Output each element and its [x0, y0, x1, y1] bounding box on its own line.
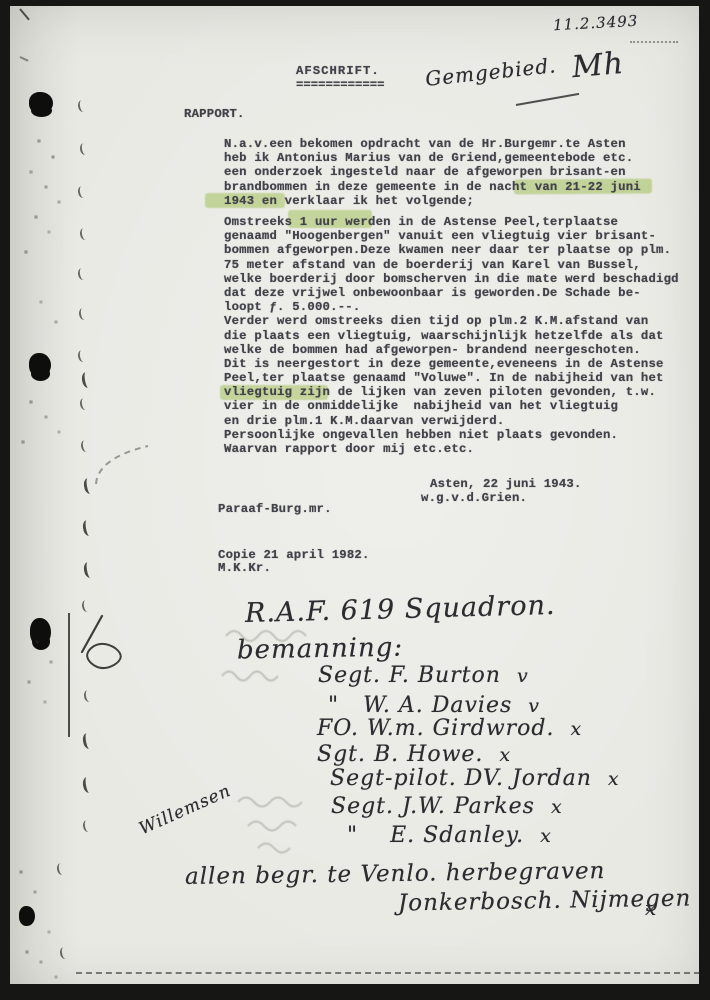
vertical-margin-line — [68, 613, 70, 737]
copy-initials: M.K.Kr. — [218, 561, 271, 575]
text-line: vliegtuig zijn de lijken van zeven pilot… — [224, 385, 679, 399]
text-line: Omstreeks 1 uur werden in de Astense Pee… — [224, 215, 679, 229]
text-line: bommen afgeworpen.Deze kwamen neer daar … — [224, 243, 679, 257]
crew-member-mark: x — [551, 796, 563, 818]
punch-hole — [30, 618, 51, 646]
text-line: welke boerderij door bomscherven in die … — [224, 272, 679, 286]
ghost-writing — [228, 786, 358, 860]
heading-underline: ============ — [296, 78, 385, 92]
text-line: Waarvan rapport door mij etc.etc. — [224, 442, 679, 456]
punch-hole — [29, 92, 53, 114]
document-heading: AFSCHRIFT. — [296, 64, 380, 78]
crew-member-mark: v — [528, 695, 540, 717]
scan-edge-right — [699, 0, 710, 1000]
burial-note-mark: x — [645, 896, 657, 920]
crew-member-name: Sgt. B. Howe. — [317, 742, 483, 767]
margin-scribble — [72, 612, 124, 672]
ghost-writing — [218, 662, 293, 684]
text-line: 75 meter afstand van de boerderij van Ka… — [224, 258, 679, 272]
crew-member-row: Sgt. B. Howe.x — [317, 742, 511, 767]
crew-member-name: " E. Sdanley. — [347, 823, 524, 848]
crew-member-row: " E. Sdanley.x — [347, 823, 552, 848]
text-line: Persoonlijke ongevallen hebben niet plaa… — [224, 428, 679, 442]
scan-edge-top — [0, 0, 710, 6]
crew-member-name: " W. A. Davies — [328, 693, 512, 718]
crew-member-name: FO. W.m. Girdwrod. — [317, 716, 554, 741]
pencil-curve — [88, 438, 154, 490]
text-line: vier in de onmiddelijke nabijheid van he… — [224, 399, 679, 413]
crew-member-mark: x — [608, 768, 620, 790]
punch-hole — [29, 353, 51, 377]
signature-typed-line: w.g.v.d.Grien. — [421, 491, 527, 505]
text-line: Peel,ter plaatse genaamd "Voluwe". In de… — [224, 371, 679, 385]
crew-member-mark: x — [570, 718, 582, 740]
paragraph-intro: N.a.v.een bekomen opdracht van de Hr.Bur… — [224, 137, 641, 208]
punch-hole — [19, 906, 35, 926]
text-line: Dit is neergestort in deze gemeente,even… — [224, 357, 679, 371]
paraaf-line: Paraaf-Burg.mr. — [218, 502, 332, 516]
crew-member-row: FO. W.m. Girdwrod.x — [317, 716, 582, 741]
text-line: en drie plm.1 K.M.daarvan verwijderd. — [224, 414, 679, 428]
crew-member-row: " W. A. Daviesv — [328, 693, 540, 718]
report-title: RAPPORT. — [184, 107, 245, 121]
crew-member-name: Segt. J.W. Parkes — [331, 794, 535, 819]
paragraph-body: Omstreeks 1 uur werden in de Astense Pee… — [224, 215, 679, 456]
ghost-writing — [222, 618, 332, 648]
crew-member-mark: x — [499, 744, 511, 766]
text-line: dat deze vrijwel onbewoonbaar is geworde… — [224, 286, 679, 300]
scan-edge-left — [0, 0, 10, 1000]
text-line: 1943 en verklaar ik het volgende; — [224, 194, 641, 208]
text-line: die plaats een vliegtuig, waarschijnlijk… — [224, 329, 679, 343]
reviewer-initials: Mh — [571, 46, 626, 85]
place-date-line: Asten, 22 juni 1943. — [430, 477, 582, 491]
crew-member-mark: v — [517, 665, 529, 687]
crew-member-row: Segt. F. Burtonv — [318, 663, 529, 688]
crew-member-mark: x — [540, 825, 552, 847]
text-line: brandbommen in deze gemeente in de nacht… — [224, 180, 641, 194]
crew-member-name: Segt-pilot. DV. Jordan — [330, 766, 592, 791]
copy-note-line: Copie 21 april 1982. — [218, 548, 370, 562]
text-line: welke de bommen had afgeworpen- brandend… — [224, 343, 679, 357]
text-line: genaamd "Hoogenbergen" vanuit een vliegt… — [224, 229, 679, 243]
scan-edge-bottom — [0, 984, 710, 1000]
text-line: loopt ƒ. 5.000.--. — [224, 300, 679, 314]
crew-member-row: Segt. J.W. Parkesx — [331, 794, 563, 819]
page-bottom-edge-line — [76, 972, 700, 974]
faint-dash-marks — [630, 41, 678, 43]
text-line: een onderzoek ingesteld naar de afgeworp… — [224, 165, 641, 179]
text-line: Verder werd omstreeks dien tijd op plm.2… — [224, 314, 679, 328]
crew-member-row: Segt-pilot. DV. Jordanx — [330, 766, 620, 791]
text-line: N.a.v.een bekomen opdracht van de Hr.Bur… — [224, 137, 641, 151]
crew-member-name: Segt. F. Burton — [318, 663, 501, 688]
text-line: heb ik Antonius Marius van de Griend,gem… — [224, 151, 641, 165]
scanned-document-page: AFSCHRIFT. ============ RAPPORT. N.a.v.e… — [0, 0, 710, 1000]
